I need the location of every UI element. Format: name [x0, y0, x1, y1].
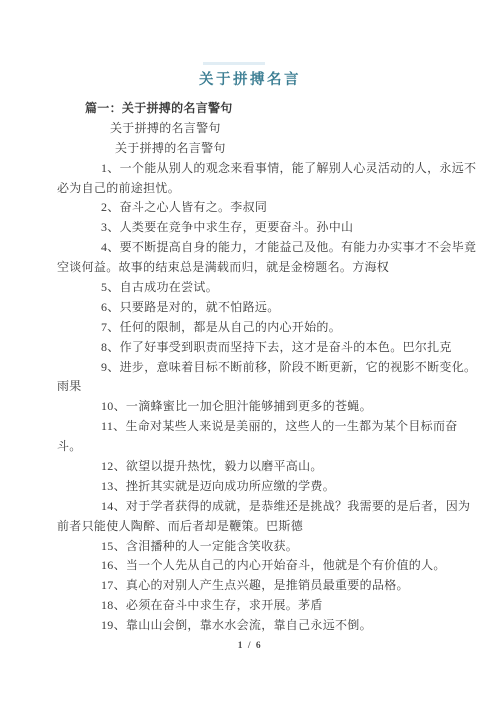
text-line: 必为自己的前途担忧。: [57, 179, 450, 199]
text-line: 3、人类要在竞争中求生存，更要奋斗。孙中山: [57, 218, 450, 238]
page-indicator: 1 / 6: [0, 641, 500, 651]
text-line: 4、要不断提高自身的能力，才能益己及他。有能力办实事才不会毕竟: [57, 238, 450, 258]
scan-artifact-line: [203, 62, 265, 65]
document-body: 篇一：关于拼搏的名言警句关于拼搏的名言警句关于拼搏的名言警句1、一个能从别人的观…: [57, 99, 450, 636]
text-line: 7、任何的限制，都是从自己的内心开始的。: [57, 318, 450, 338]
text-line: 10、一滴蜂蜜比一加仑胆汁能够捕到更多的苍蝇。: [57, 397, 450, 417]
text-line: 15、含泪播种的人一定能含笑收获。: [57, 537, 450, 557]
document-title: 关于拼搏名言: [0, 68, 500, 89]
text-line: 空谈何益。故事的结束总是满载而归，就是金榜题名。方海权: [57, 258, 450, 278]
text-line: 11、生命对某些人来说是美丽的，这些人的一生都为某个目标而奋: [57, 417, 450, 437]
text-line: 关于拼搏的名言警句: [57, 139, 450, 159]
text-line: 16、当一个人先从自己的内心开始奋斗，他就是个有价值的人。: [57, 556, 450, 576]
text-line: 1、一个能从别人的观念来看事情，能了解别人心灵活动的人，永远不: [57, 159, 450, 179]
text-line: 雨果: [57, 377, 450, 397]
text-line: 12、欲望以提升热忱，毅力以磨平高山。: [57, 457, 450, 477]
text-line: 5、自古成功在尝试。: [57, 278, 450, 298]
text-line: 篇一：关于拼搏的名言警句: [57, 99, 450, 119]
text-line: 18、必须在奋斗中求生存，求开展。茅盾: [57, 596, 450, 616]
text-line: 6、只要路是对的，就不怕路远。: [57, 298, 450, 318]
text-line: 2、奋斗之心人皆有之。李叔同: [57, 198, 450, 218]
text-line: 17、真心的对别人产生点兴趣，是推销员最重要的品格。: [57, 576, 450, 596]
text-line: 13、挫折其实就是迈向成功所应缴的学费。: [57, 477, 450, 497]
text-line: 14、对于学者获得的成就，是恭维还是挑战？我需要的是后者，因为: [57, 497, 450, 517]
text-line: 19、靠山山会倒，靠水水会流，靠自己永远不倒。: [57, 616, 450, 636]
text-line: 斗。: [57, 437, 450, 457]
document-page: 关于拼搏名言 篇一：关于拼搏的名言警句关于拼搏的名言警句关于拼搏的名言警句1、一…: [0, 0, 500, 707]
text-line: 关于拼搏的名言警句: [57, 119, 450, 139]
text-line: 9、进步，意味着目标不断前移，阶段不断更新，它的视影不断变化。: [57, 358, 450, 378]
text-line: 前者只能使人陶醉、而后者却是鞭策。巴斯德: [57, 517, 450, 537]
text-line: 8、作了好事受到职责而坚持下去，这才是奋斗的本色。巴尔扎克: [57, 338, 450, 358]
